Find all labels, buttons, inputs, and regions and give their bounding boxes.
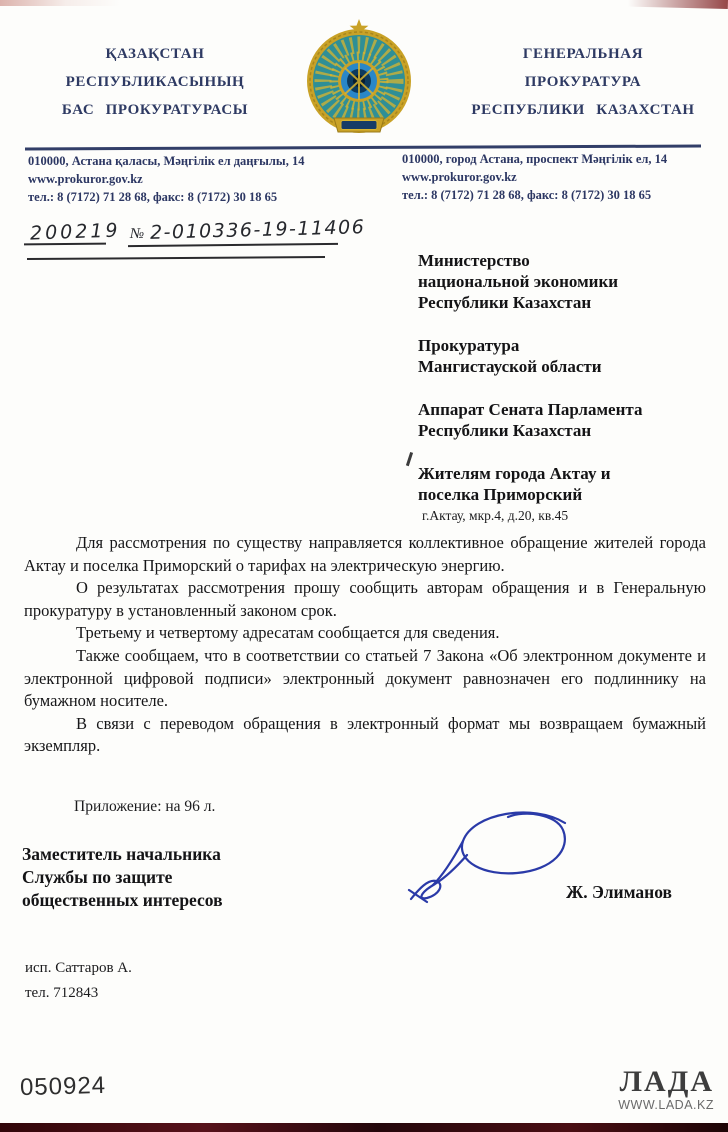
watermark-url: WWW.LADA.KZ — [618, 1098, 714, 1112]
contact-block-russian: 010000, город Астана, проспект Мәңгілік … — [402, 150, 717, 204]
letter-body: Для рассмотрения по существу направляетс… — [24, 532, 706, 758]
recipient-line: Республики Казахстан — [418, 420, 718, 441]
postal-address: 010000, город Астана, проспект Мәңгілік … — [402, 150, 717, 168]
scan-edge-artifact-top-left — [0, 0, 120, 6]
recipient-line: национальной экономики — [418, 271, 718, 292]
recipient-line: Мангистауской области — [418, 356, 718, 377]
recipient-line: Министерство — [418, 250, 718, 271]
recipient-line: поселка Приморский — [418, 484, 718, 505]
phone-fax: тел.: 8 (7172) 71 28 68, факс: 8 (7172) … — [28, 188, 378, 206]
phone-fax: тел.: 8 (7172) 71 28 68, факс: 8 (7172) … — [402, 186, 717, 204]
org-name-kazakh-line: РЕСПУБЛИКАСЫНЫҢ — [35, 68, 275, 96]
org-name-kazakh-line: ҚАЗАҚСТАН — [35, 40, 275, 68]
attachment-note: Приложение: на 96 л. — [74, 798, 215, 816]
signer-position-line: Заместитель начальника — [22, 843, 322, 866]
signer-name: Ж. Элиманов — [566, 882, 672, 903]
recipient-line: Республики Казахстан — [418, 292, 718, 313]
recipient-line: Жителям города Актау и — [418, 463, 718, 484]
contact-block-kazakh: 010000, Астана қаласы, Мәңгілік ел даңғы… — [28, 152, 378, 206]
org-name-russian-line: ГЕНЕРАЛЬНАЯ — [452, 40, 714, 68]
watermark-logo: ЛАДА — [618, 1066, 714, 1098]
scan-edge-artifact-top-right — [628, 0, 728, 9]
org-name-kazakh: ҚАЗАҚСТАН РЕСПУБЛИКАСЫНЫҢ БАС ПРОКУРАТУР… — [35, 40, 275, 124]
scanned-letter-page: ҚАЗАҚСТАН РЕСПУБЛИКАСЫНЫҢ БАС ПРОКУРАТУР… — [0, 0, 728, 1132]
recipient-list: Министерство национальной экономики Респ… — [418, 250, 718, 547]
org-name-russian-line: РЕСПУБЛИКИ КАЗАХСТАН — [452, 96, 714, 124]
recipient-line: Аппарат Сената Парламента — [418, 399, 718, 420]
recipient-senate: Аппарат Сената Парламента Республики Каз… — [418, 399, 718, 441]
site-watermark: ЛАДА WWW.LADA.KZ — [618, 1066, 714, 1112]
body-paragraph: Для рассмотрения по существу направляетс… — [24, 532, 706, 577]
scan-edge-artifact-bottom — [0, 1123, 728, 1132]
body-paragraph: Третьему и четвертому адресатам сообщает… — [24, 622, 706, 645]
recipient-street-address: г.Актау, мкр.4, д.20, кв.45 — [418, 507, 718, 525]
org-name-russian: ГЕНЕРАЛЬНАЯ ПРОКУРАТУРА РЕСПУБЛИКИ КАЗАХ… — [452, 40, 714, 124]
recipient-prosecutor-office: Прокуратура Мангистауской области — [418, 335, 718, 377]
recipient-ministry: Министерство национальной экономики Респ… — [418, 250, 718, 313]
website: www.prokuror.gov.kz — [402, 168, 717, 186]
kazakhstan-coat-of-arms-icon — [300, 18, 418, 140]
recipient-residents: Жителям города Актау и поселка Приморски… — [418, 463, 718, 525]
handwritten-outgoing-number: 2-010336-19-11406 — [150, 216, 366, 244]
org-name-kazakh-line: БАС ПРОКУРАТУРАСЫ — [35, 96, 275, 124]
website: www.prokuror.gov.kz — [28, 170, 378, 188]
body-paragraph: В связи с переводом обращения в электрон… — [24, 713, 706, 758]
form-underline — [24, 243, 106, 246]
number-sign: № — [130, 226, 144, 243]
executor-block: исп. Саттаров А. тел. 712843 — [25, 956, 132, 1006]
postal-address: 010000, Астана қаласы, Мәңгілік ел даңғы… — [28, 152, 378, 170]
body-paragraph: Также сообщаем, что в соответствии со ст… — [24, 645, 706, 713]
form-underline — [27, 256, 325, 260]
signer-position: Заместитель начальника Службы по защите … — [22, 843, 322, 912]
handwritten-tick-mark — [406, 452, 413, 466]
handwritten-date: 200219 — [30, 219, 121, 244]
executor-name: исп. Саттаров А. — [25, 956, 132, 981]
body-paragraph: О результатах рассмотрения прошу сообщит… — [24, 577, 706, 622]
org-name-russian-line: ПРОКУРАТУРА — [452, 68, 714, 96]
recipient-line: Прокуратура — [418, 335, 718, 356]
scan-code: 050924 — [20, 1072, 107, 1102]
signer-position-line: общественных интересов — [22, 889, 322, 912]
executor-phone: тел. 712843 — [25, 981, 132, 1006]
signer-position-line: Службы по защите — [22, 866, 322, 889]
